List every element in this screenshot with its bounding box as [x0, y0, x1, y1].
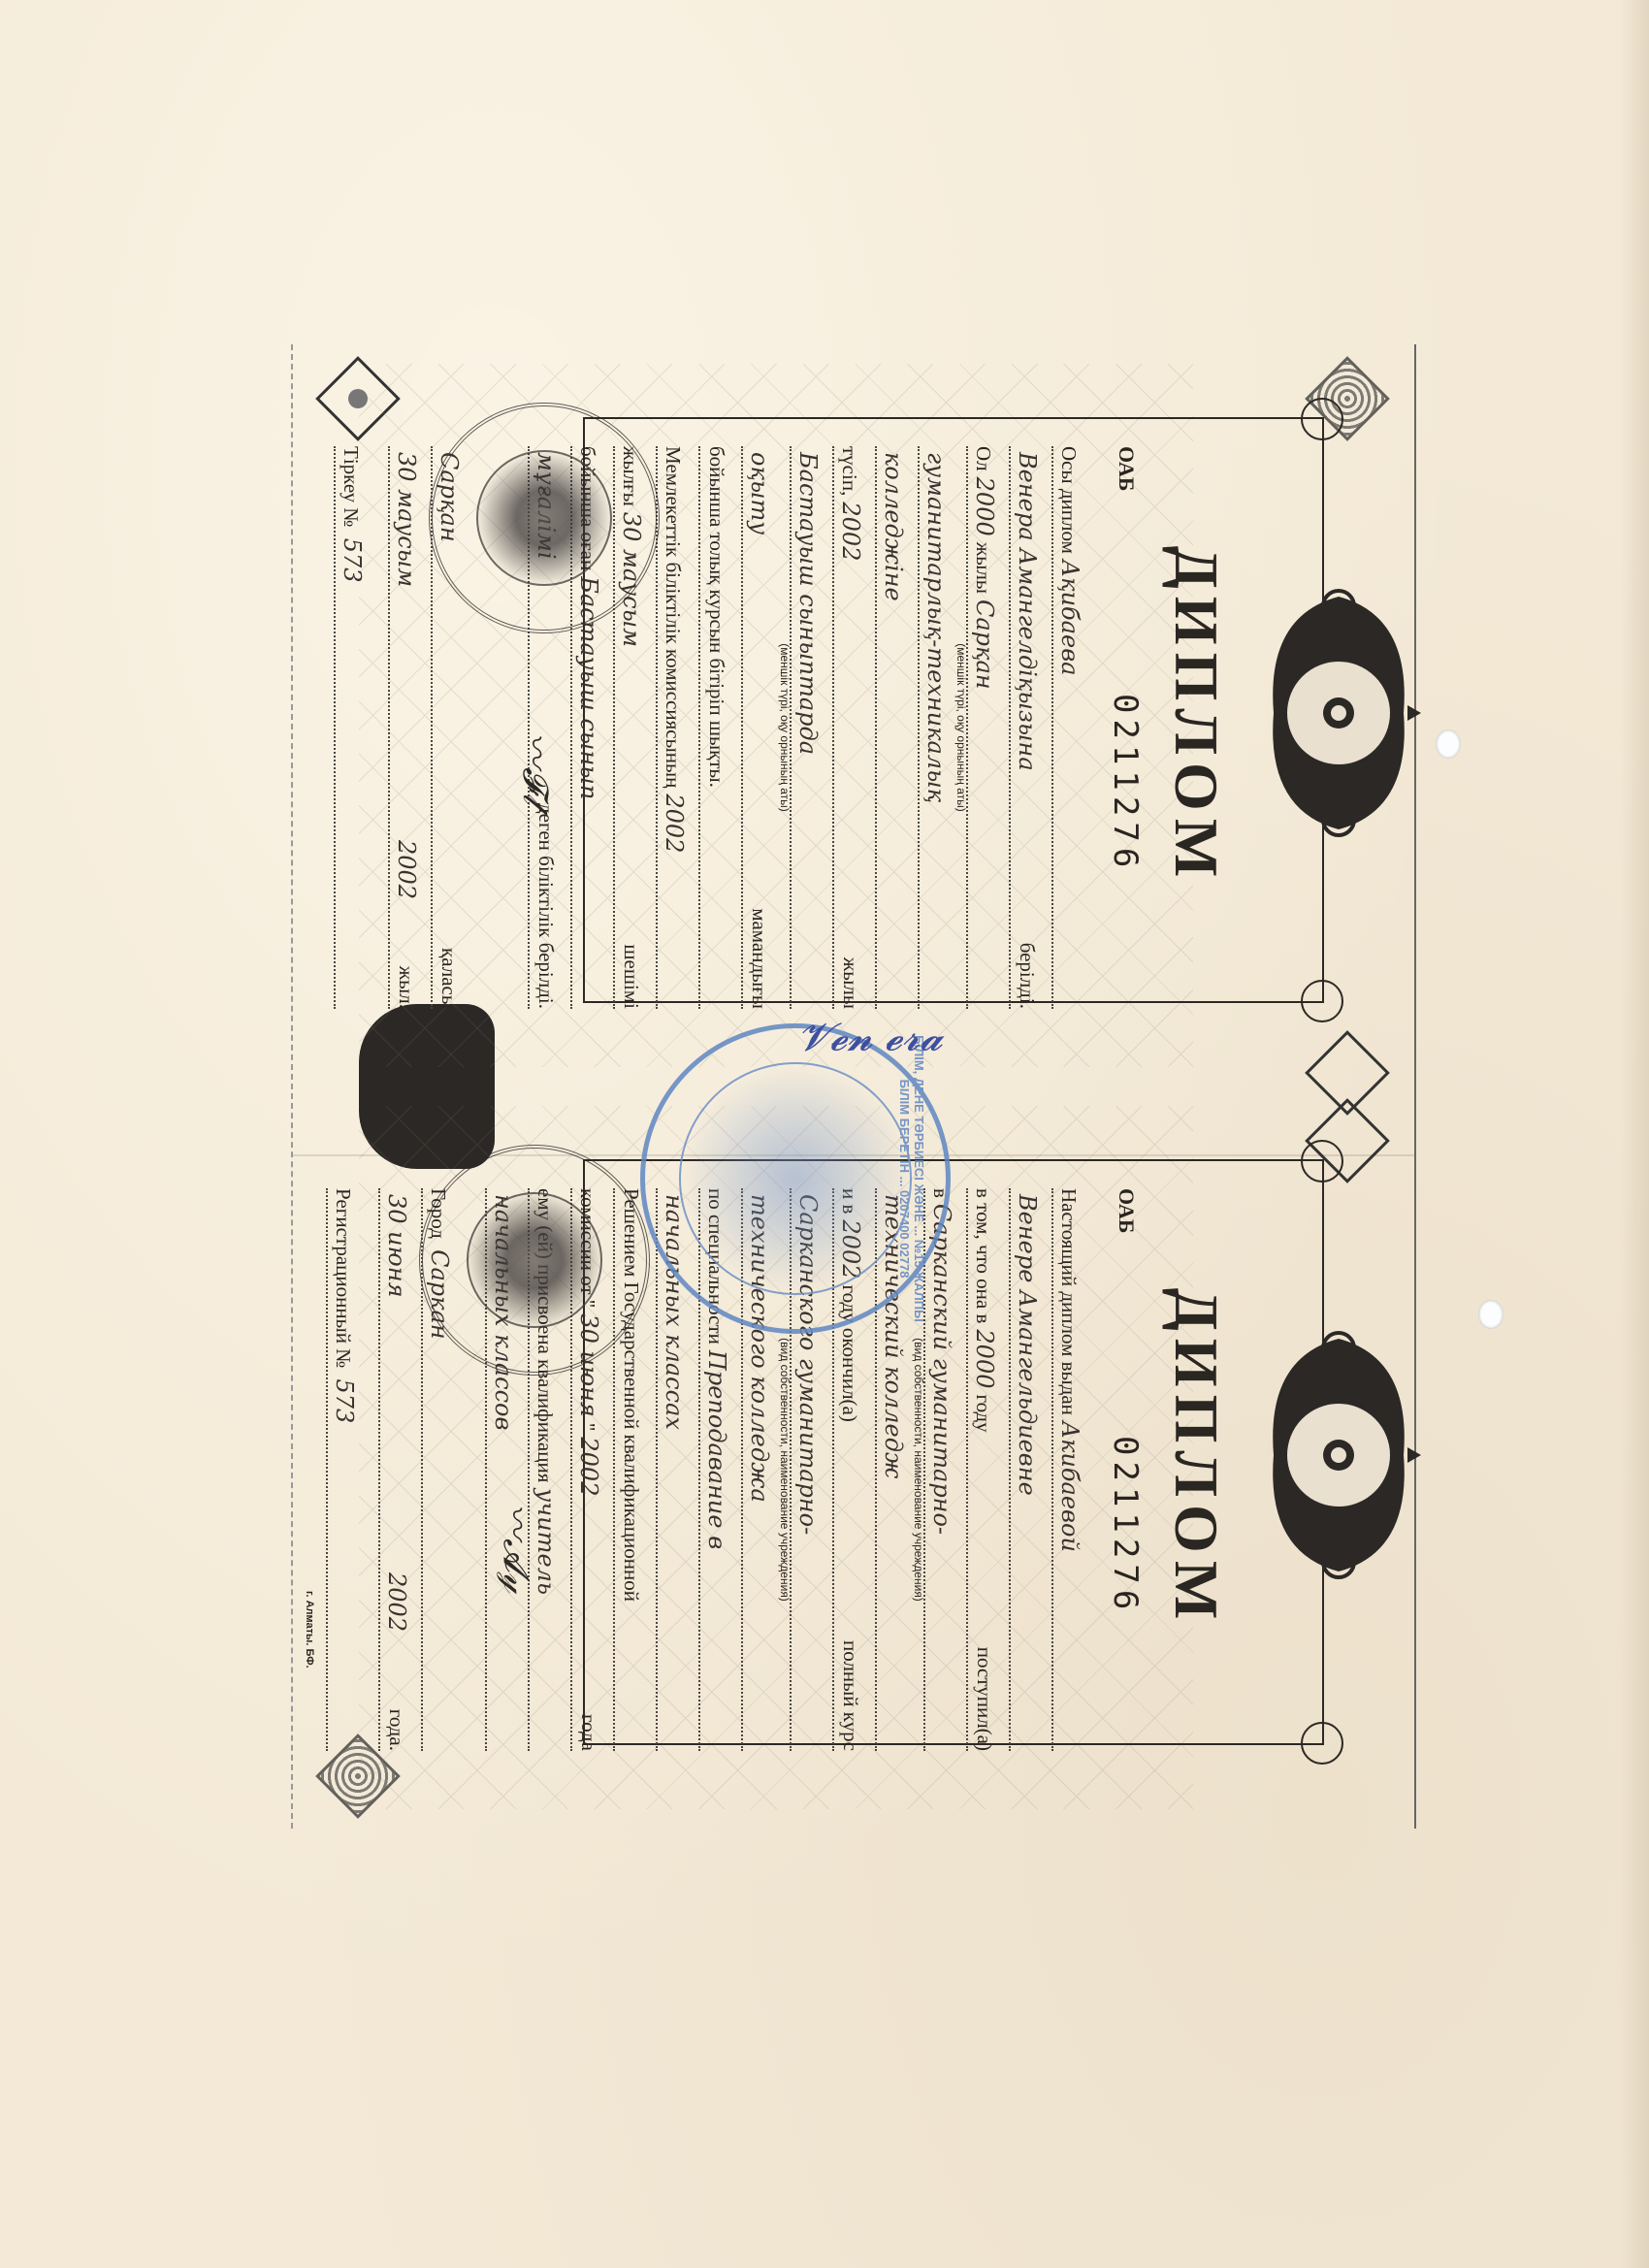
handwritten-entry: Акибаевой [1056, 1415, 1083, 1558]
printed-label: Настоящий диплом выдан [1057, 1188, 1081, 1415]
punch-hole-bottom [1478, 1300, 1503, 1329]
form-line: Мемлекеттік біліктілік комиссиясының2002 [656, 446, 691, 1009]
registration-line: Регистрационный № 573 [326, 1188, 361, 1751]
handwritten-entry: гуманитарлық-техникалық [922, 446, 950, 808]
blue-ink-signature: 𝓥𝓮𝓷 𝓮𝓻𝓪 [797, 1016, 942, 1060]
handwritten-entry: Ақибаева [1056, 554, 1083, 682]
printed-label: түсіп, [838, 446, 861, 496]
form-line: Настоящий диплом выданАкибаевой [1051, 1188, 1086, 1751]
printed-label: берілді. [1011, 943, 1044, 1009]
school-blue-stamp: БІЛІМ, ДЕНЕ ТӘРБИЕСІ ЖӘНЕ ... №15 ЖАЛПЫ … [640, 1023, 951, 1334]
form-line: түсіп,2002жылы [832, 446, 867, 1009]
diploma-series: ОАБ [1114, 1188, 1139, 1233]
diploma-title: ДИПЛОМ [1160, 344, 1232, 1086]
printed-label: мамандығы [743, 908, 776, 1009]
form-line: оқытумамандығы [741, 446, 776, 1009]
form-line: Бастауыш сыныптарда [790, 446, 824, 1009]
printed-label: полный курс [834, 1640, 867, 1751]
printed-label: жылы [972, 542, 995, 594]
diploma-number: 0211276 [1106, 694, 1145, 873]
serial-row: ОАБ 0211276 [1106, 1188, 1145, 1732]
handwritten-entry: 2000 [971, 471, 998, 542]
printer-mark: г. Алматы. БФ. [304, 1591, 315, 1669]
punch-hole-top [1436, 729, 1461, 759]
printed-label: шешімі [615, 944, 648, 1009]
diploma-number: 0211276 [1106, 1436, 1145, 1615]
form-line: Венере Амангельдиевне [1009, 1188, 1044, 1751]
handwritten-entry: оқыту [746, 446, 773, 540]
form-line: бойынша толық курсын бітіріп шықты. [698, 446, 733, 1009]
form-line: гуманитарлық-техникалық [918, 446, 953, 1009]
printed-label: Мемлекеттік біліктілік комиссиясының [662, 446, 685, 788]
handwritten-entry: 2002 [661, 788, 688, 859]
form-line: колледжіне [875, 446, 910, 1009]
handwritten-entry: Венера Амангелдіқызына [1014, 446, 1041, 777]
date-line: 30 июня 2002 года. [378, 1188, 413, 1751]
city-line: Сарқан қаласы [431, 446, 466, 1009]
serial-row: ОАБ 0211276 [1106, 446, 1145, 989]
state-emblem-icon [1256, 577, 1421, 849]
date-line: 30 маусым 2002 жыл. [388, 446, 423, 1009]
registration-line: Тіркеу № 573 [334, 446, 369, 1009]
director-signature: 〰𝓐𝓎 [494, 1504, 543, 1593]
form-line: Ол2000жылыСарқан [966, 446, 1001, 1009]
chair-signature: 〰𝓕𝓁 [513, 732, 563, 805]
printed-label: бойынша толық курсын бітіріп шықты. [705, 446, 728, 788]
handwritten-entry: Венере Амангельдиевне [1014, 1188, 1041, 1502]
paper-edge [1620, 0, 1649, 2268]
city-line: Город Саркан [421, 1188, 456, 1751]
printed-label: Ол [972, 446, 995, 471]
form-line: в том, что она в2000годупоступил(а) [966, 1188, 1001, 1751]
handwritten-entry: Сарқан [971, 594, 998, 696]
handwritten-entry: 2002 [575, 1431, 602, 1502]
diploma-title: ДИПЛОМ [1160, 1086, 1232, 1829]
handwritten-entry: Преподавание в [703, 1345, 730, 1555]
diploma-sheet: ДИПЛОМ ОАБ 0211276 Осы дипломАқибаеваВен… [291, 344, 1416, 1829]
printed-label: году [972, 1394, 995, 1432]
state-emblem-icon [1256, 1319, 1421, 1591]
handwritten-entry: колледжіне [880, 446, 907, 607]
form-line: Венера Амангелдіқызынаберілді. [1009, 446, 1044, 1009]
printed-label: деген біліктілік берілді. [530, 803, 563, 1009]
diploma-kazakh: ДИПЛОМ ОАБ 0211276 Осы дипломАқибаеваВен… [291, 344, 1416, 1086]
printed-label: года [572, 1714, 605, 1751]
form-line: вСарканский гуманитарно- [923, 1188, 958, 1751]
diploma-series: ОАБ [1114, 446, 1139, 491]
handwritten-entry: 2000 [971, 1323, 998, 1394]
printed-label: в том, что она в [972, 1188, 995, 1323]
printed-label: жылы [834, 957, 867, 1009]
form-line: Осы дипломАқибаева [1051, 446, 1086, 1009]
printed-label: поступил(а) [968, 1647, 1001, 1751]
handwritten-entry: Бастауыш сыныптарда [794, 446, 822, 761]
handwritten-entry: 2002 [837, 496, 864, 567]
printed-label: Осы диплом [1057, 446, 1081, 554]
